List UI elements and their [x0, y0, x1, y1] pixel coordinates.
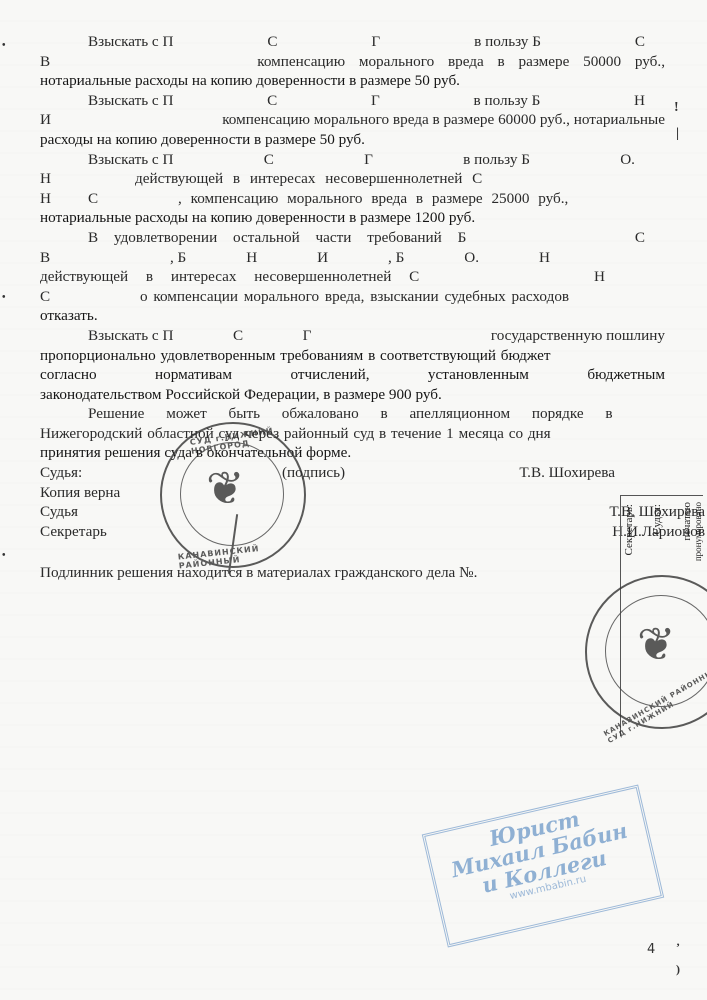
paragraph-4-line-2: В , Б Н И , Б О. Н [40, 248, 665, 268]
text: Н [40, 189, 70, 209]
text: С [264, 150, 274, 170]
signature-label: Секретарь [40, 522, 107, 542]
text: компенсацию морального вреда в размере 5… [257, 52, 665, 72]
text: Н [246, 248, 257, 268]
text: , Б [388, 248, 404, 268]
text: Взыскать с П [88, 150, 173, 170]
paragraph-5-line-2: пропорционально удовлетворенным требован… [40, 346, 665, 366]
text: в пользу Б [463, 150, 530, 170]
text: С [233, 326, 243, 346]
signature-label: Копия верна [40, 483, 120, 503]
text: нотариальные расходы на копию довереннос… [40, 208, 475, 228]
text: И [40, 110, 100, 130]
paragraph-5-line-1: Взыскать с П С Г государственную пошлину [40, 326, 665, 346]
text: отказать. [40, 306, 98, 326]
text: С [635, 32, 665, 52]
paragraph-5-line-4: законодательством Российской Федерации, … [40, 385, 665, 405]
paragraph-4-line-4: С о компенсации морального вреда, взыска… [40, 287, 665, 307]
document-body: Взыскать с П С Г в пользу Б С В компенса… [40, 32, 665, 583]
text: В [40, 52, 140, 72]
eagle-emblem-icon: ❦ [637, 622, 676, 668]
paragraph-4-line-5: отказать. [40, 306, 665, 326]
text: Взыскать с П [88, 91, 173, 111]
text: Г [364, 150, 373, 170]
text: законодательством Российской Федерации, … [40, 385, 442, 405]
text: Г [303, 326, 312, 346]
paragraph-2-line-2: И компенсацию морального вреда в размере… [40, 110, 665, 130]
text: С [70, 189, 178, 209]
scan-mark: • [2, 40, 6, 51]
paragraph-3-line-2: Н действующей в интересах несовершенноле… [40, 169, 665, 189]
text: Решение может быть обжаловано в апелляци… [88, 404, 613, 424]
text: Н [539, 248, 550, 268]
paragraph-1-line-2: В компенсацию морального вреда в размере… [40, 52, 665, 72]
lawyer-watermark: Юрист Михаил Бабин и Коллеги www.mbabin.… [422, 785, 664, 948]
text: нотариальные расходы на копию довереннос… [40, 71, 460, 91]
signature-row-judge-copy: Судья Т.В. Шохирева [40, 502, 665, 522]
signature-label: Судья: [40, 463, 82, 483]
text: установленным [428, 365, 529, 385]
scan-mark: • [2, 292, 6, 303]
footer-note: Подлинник решения находится в материалах… [40, 563, 665, 583]
scan-mark: | [676, 126, 679, 142]
text: , компенсацию морального вреда в размере… [178, 189, 568, 209]
text: Н [594, 267, 605, 287]
signature-name: Т.В. Шохирева [519, 463, 615, 483]
text: отчислений, [290, 365, 369, 385]
signature-row-secretary: Секретарь Н.И.Ларионов [40, 522, 665, 542]
eagle-emblem-icon: ❦ [206, 466, 245, 512]
paragraph-4-line-1: В удовлетворении остальной части требова… [40, 228, 665, 248]
paragraph-5-line-3: согласно нормативам отчислений, установл… [40, 365, 665, 385]
paragraph-1-line-3: нотариальные расходы на копию довереннос… [40, 71, 665, 91]
text: Н [40, 169, 135, 189]
paragraph-4-line-3: действующей в интересах несовершеннолетн… [40, 267, 665, 287]
text: действующей в интересах несовершеннолетн… [40, 267, 419, 287]
paragraph-1-line-1: Взыскать с П С Г в пользу Б С [40, 32, 665, 52]
text: пропорционально удовлетворенным требован… [40, 346, 551, 366]
text: О. [620, 150, 665, 170]
text: О. [464, 248, 479, 268]
paragraph-6-line-3: принятия решения суда в окончательной фо… [40, 443, 665, 463]
paragraph-6-line-1: Решение может быть обжаловано в апелляци… [40, 404, 665, 424]
text: о компенсации морального вреда, взыскани… [140, 287, 569, 307]
text: Г [371, 32, 380, 52]
text: Г [371, 91, 380, 111]
text: согласно [40, 365, 97, 385]
text: Взыскать с П [88, 326, 173, 346]
text: в пользу Б [474, 32, 541, 52]
signature-label: Судья [40, 502, 78, 522]
text: , Б [170, 248, 186, 268]
side-label-judge: Судья: [651, 504, 663, 535]
scan-mark: • [2, 550, 6, 561]
scan-mark: ! [674, 100, 679, 116]
text: нормативам [155, 365, 232, 385]
text: С [267, 32, 277, 52]
paragraph-3-line-3: Н С , компенсацию морального вреда в раз… [40, 189, 665, 209]
paragraph-6-line-2: Нижегородский областной суд через районн… [40, 424, 665, 444]
text: бюджетным [587, 365, 665, 385]
scan-mark: ’ [676, 940, 680, 955]
text: государственную пошлину [371, 326, 665, 346]
signature-row-copy: Копия верна [40, 483, 665, 503]
document-page: Взыскать с П С Г в пользу Б С В компенса… [0, 0, 707, 1000]
paragraph-3-line-4: нотариальные расходы на копию довереннос… [40, 208, 665, 228]
paragraph-2-line-1: Взыскать с П С Г в пользу Б Н [40, 91, 665, 111]
text: С [40, 287, 140, 307]
text: В [40, 248, 110, 268]
text: Взыскать с П [88, 32, 173, 52]
text: действующей в интересах несовершеннолетн… [135, 169, 482, 189]
text: И [317, 248, 328, 268]
text: В удовлетворении остальной части требова… [88, 228, 466, 248]
text: в пользу Б [474, 91, 541, 111]
text: компенсацию морального вреда в размере 6… [222, 110, 665, 130]
text: Н [634, 91, 665, 111]
court-seal: ❦ СУД г.НИЖНИЙ НОВГОРОД КАНАВИНСКИЙ РАЙО… [160, 422, 306, 568]
signature-row-judge: Судья: (подпись) Т.В. Шохирева [40, 463, 665, 483]
side-label-numbered: пронумеровано [693, 502, 703, 561]
text: С [267, 91, 277, 111]
side-court-seal: ❦ КАНАВИНСКИЙ РАЙОННЫЙ СУД г.НИЖНИЙ [585, 575, 707, 729]
page-number: 4 [647, 942, 655, 957]
text: С [635, 228, 665, 248]
text: расходы на копию доверенности в размере … [40, 130, 365, 150]
paragraph-2-line-3: расходы на копию доверенности в размере … [40, 130, 665, 150]
side-label-stamped: печатью [681, 502, 693, 541]
side-label-secretary: Секретарь: [623, 504, 635, 555]
paragraph-3-line-1: Взыскать с П С Г в пользу Б О. [40, 150, 665, 170]
scan-mark: ) [676, 962, 680, 977]
